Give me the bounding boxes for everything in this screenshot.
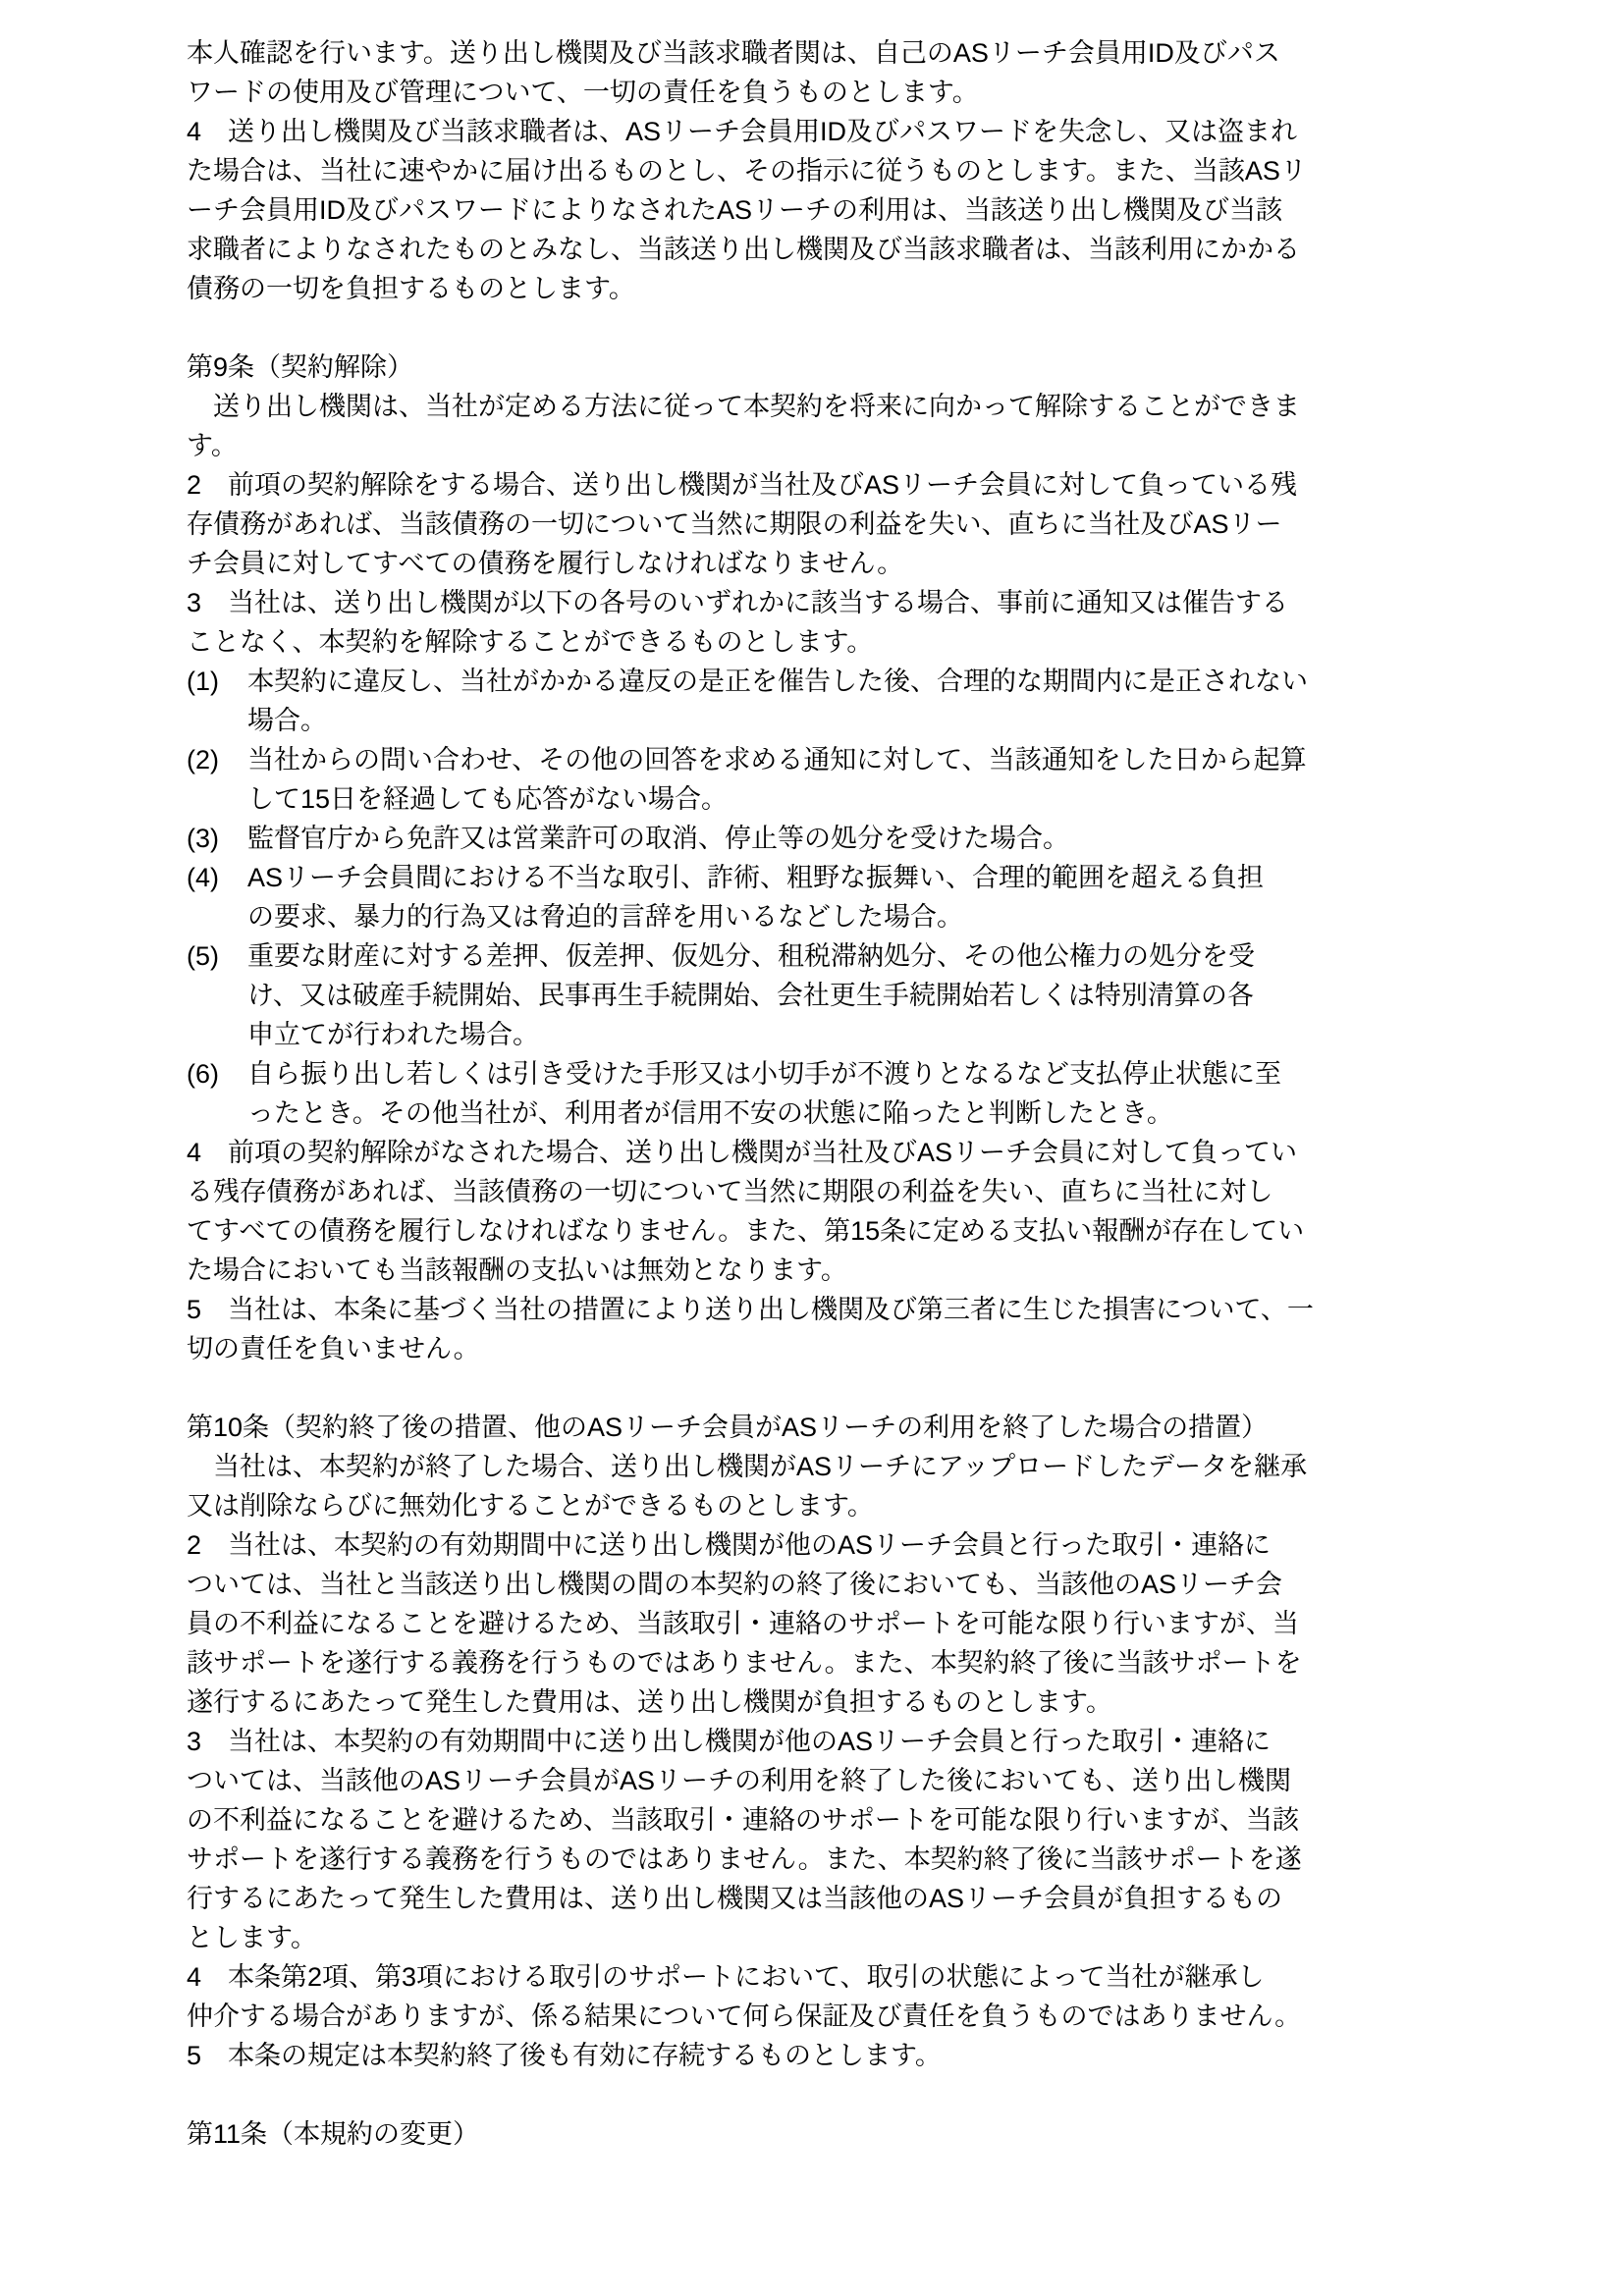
text-line: 該サポートを遂行する義務を行うものではありません。また、本契約終了後に当該サポー…	[187, 1643, 1496, 1682]
text-line: とします。	[187, 1918, 1496, 1957]
paragraph: 3 当社は、送り出し機関が以下の各号のいずれかに該当する場合、事前に通知又は催告…	[187, 583, 1496, 662]
list-item: (6)自ら振り出し若しくは引き受けた手形又は小切手が不渡りとなるなど支払停止状態…	[187, 1054, 1496, 1133]
paragraph: 本人確認を行います。送り出し機関及び当該求職者関は、自己のASリーチ会員用ID及…	[187, 33, 1496, 308]
list-item-text: 監督官庁から免許又は営業許可の取消、停止等の処分を受けた場合。	[247, 819, 1496, 858]
text-line: 監督官庁から免許又は営業許可の取消、停止等の処分を受けた場合。	[247, 819, 1496, 858]
paragraph: 5 本条の規定は本契約終了後も有効に存続するものとします。	[187, 2036, 1496, 2075]
text-line: 第9条（契約解除）	[187, 347, 1496, 387]
list-item: (2)当社からの問い合わせ、その他の回答を求める通知に対して、当該通知をした日か…	[187, 740, 1496, 819]
text-line: 切の責任を負いません。	[187, 1329, 1496, 1368]
text-line: 送り出し機関は、当社が定める方法に従って本契約を将来に向かって解除することができ…	[187, 387, 1496, 426]
text-line: 申立てが行われた場合。	[247, 1015, 1496, 1054]
text-line: サポートを遂行する義務を行うものではありません。また、本契約終了後に当該サポート…	[187, 1840, 1496, 1879]
paragraph: 4 前項の契約解除がなされた場合、送り出し機関が当社及びASリーチ会員に対して負…	[187, 1133, 1496, 1290]
text-line: 4 前項の契約解除がなされた場合、送り出し機関が当社及びASリーチ会員に対して負…	[187, 1133, 1496, 1172]
list-item: (3)監督官庁から免許又は営業許可の取消、停止等の処分を受けた場合。	[187, 819, 1496, 858]
list-item-marker: (6)	[187, 1054, 247, 1133]
list-item: (5)重要な財産に対する差押、仮差押、仮処分、租税滞納処分、その他公権力の処分を…	[187, 936, 1496, 1054]
text-line: 員の不利益になることを避けるため、当該取引・連絡のサポートを可能な限り行いますが…	[187, 1604, 1496, 1643]
text-line: 2 前項の契約解除をする場合、送り出し機関が当社及びASリーチ会員に対して負って…	[187, 465, 1496, 505]
list-item-marker: (2)	[187, 740, 247, 819]
text-line: ついては、当該他のASリーチ会員がASリーチの利用を終了した後においても、送り出…	[187, 1761, 1496, 1800]
paragraph: 4 本条第2項、第3項における取引のサポートにおいて、取引の状態によって当社が継…	[187, 1957, 1496, 2036]
text-line: ことなく、本契約を解除することができるものとします。	[187, 622, 1496, 662]
text-line: け、又は破産手続開始、民事再生手続開始、会社更生手続開始若しくは特別清算の各	[247, 976, 1496, 1015]
text-line: す。	[187, 426, 1496, 465]
text-line: 2 当社は、本契約の有効期間中に送り出し機関が他のASリーチ会員と行った取引・連…	[187, 1525, 1496, 1565]
text-line: た場合は、当社に速やかに届け出るものとし、その指示に従うものとします。また、当該…	[187, 151, 1496, 190]
text-line: 重要な財産に対する差押、仮差押、仮処分、租税滞納処分、その他公権力の処分を受	[247, 936, 1496, 976]
text-line: 存債務があれば、当該債務の一切について当然に期限の利益を失い、直ちに当社及びAS…	[187, 505, 1496, 544]
list-item-marker: (5)	[187, 936, 247, 1054]
text-line: た場合においても当該報酬の支払いは無効となります。	[187, 1251, 1496, 1290]
text-line: チ会員に対してすべての債務を履行しなければなりません。	[187, 544, 1496, 583]
text-line: 当社からの問い合わせ、その他の回答を求める通知に対して、当該通知をした日から起算	[247, 740, 1496, 779]
blank-line	[187, 308, 1496, 347]
paragraph: 2 当社は、本契約の有効期間中に送り出し機関が他のASリーチ会員と行った取引・連…	[187, 1525, 1496, 1722]
blank-line	[187, 2075, 1496, 2114]
text-line: 4 送り出し機関及び当該求職者は、ASリーチ会員用ID及びパスワードを失念し、又…	[187, 112, 1496, 151]
paragraph: 2 前項の契約解除をする場合、送り出し機関が当社及びASリーチ会員に対して負って…	[187, 465, 1496, 583]
article-heading: 第11条（本規約の変更）	[187, 2114, 1496, 2154]
list-item-text: 当社からの問い合わせ、その他の回答を求める通知に対して、当該通知をした日から起算…	[247, 740, 1496, 819]
text-line: 仲介する場合がありますが、係る結果について何ら保証及び責任を負うものではありませ…	[187, 1997, 1496, 2036]
text-line: ーチ会員用ID及びパスワードによりなされたASリーチの利用は、当該送り出し機関及…	[187, 190, 1496, 230]
text-line: 3 当社は、送り出し機関が以下の各号のいずれかに該当する場合、事前に通知又は催告…	[187, 583, 1496, 622]
text-line: 4 本条第2項、第3項における取引のサポートにおいて、取引の状態によって当社が継…	[187, 1957, 1496, 1997]
text-line: ったとき。その他当社が、利用者が信用不安の状態に陥ったと判断したとき。	[247, 1094, 1496, 1133]
list-item: (4)ASリーチ会員間における不当な取引、詐術、粗野な振舞い、合理的範囲を超える…	[187, 858, 1496, 936]
text-line: 5 本条の規定は本契約終了後も有効に存続するものとします。	[187, 2036, 1496, 2075]
text-line: 債務の一切を負担するものとします。	[187, 269, 1496, 308]
list-item: (1)本契約に違反し、当社がかかる違反の是正を催告した後、合理的な期間内に是正さ…	[187, 662, 1496, 740]
text-line: 当社は、本契約が終了した場合、送り出し機関がASリーチにアップロードしたデータを…	[187, 1447, 1496, 1486]
list-item-marker: (1)	[187, 662, 247, 740]
text-line: ついては、当社と当該送り出し機関の間の本契約の終了後においても、当該他のASリー…	[187, 1565, 1496, 1604]
list-item-text: 自ら振り出し若しくは引き受けた手形又は小切手が不渡りとなるなど支払停止状態に至っ…	[247, 1054, 1496, 1133]
paragraph: 5 当社は、本条に基づく当社の措置により送り出し機関及び第三者に生じた損害につい…	[187, 1290, 1496, 1368]
text-line: ワードの使用及び管理について、一切の責任を負うものとします。	[187, 73, 1496, 112]
paragraph: 3 当社は、本契約の有効期間中に送り出し機関が他のASリーチ会員と行った取引・連…	[187, 1722, 1496, 1957]
text-line: 場合。	[247, 701, 1496, 740]
text-line: てすべての債務を履行しなければなりません。また、第15条に定める支払い報酬が存在…	[187, 1211, 1496, 1251]
text-line: 3 当社は、本契約の有効期間中に送り出し機関が他のASリーチ会員と行った取引・連…	[187, 1722, 1496, 1761]
text-line: 行するにあたって発生した費用は、送り出し機関又は当該他のASリーチ会員が負担する…	[187, 1879, 1496, 1918]
text-line: 又は削除ならびに無効化することができるものとします。	[187, 1486, 1496, 1525]
list-item-marker: (3)	[187, 819, 247, 858]
list-item-text: 重要な財産に対する差押、仮差押、仮処分、租税滞納処分、その他公権力の処分を受け、…	[247, 936, 1496, 1054]
text-line: る残存債務があれば、当該債務の一切について当然に期限の利益を失い、直ちに当社に対…	[187, 1172, 1496, 1211]
text-line: 第11条（本規約の変更）	[187, 2114, 1496, 2154]
list-item-marker: (4)	[187, 858, 247, 936]
article-heading: 第10条（契約終了後の措置、他のASリーチ会員がASリーチの利用を終了した場合の…	[187, 1408, 1496, 1447]
text-line: して15日を経過しても応答がない場合。	[247, 779, 1496, 819]
article-heading: 第9条（契約解除）	[187, 347, 1496, 387]
list-item-text: ASリーチ会員間における不当な取引、詐術、粗野な振舞い、合理的範囲を超える負担の…	[247, 858, 1496, 936]
text-line: ASリーチ会員間における不当な取引、詐術、粗野な振舞い、合理的範囲を超える負担	[247, 858, 1496, 897]
text-line: の要求、暴力的行為又は脅迫的言辞を用いるなどした場合。	[247, 897, 1496, 936]
text-line: 求職者によりなされたものとみなし、当該送り出し機関及び当該求職者は、当該利用にか…	[187, 230, 1496, 269]
list-item-text: 本契約に違反し、当社がかかる違反の是正を催告した後、合理的な期間内に是正されない…	[247, 662, 1496, 740]
text-line: 本契約に違反し、当社がかかる違反の是正を催告した後、合理的な期間内に是正されない	[247, 662, 1496, 701]
paragraph: 当社は、本契約が終了した場合、送り出し機関がASリーチにアップロードしたデータを…	[187, 1447, 1496, 1525]
blank-line	[187, 1368, 1496, 1408]
text-line: 遂行するにあたって発生した費用は、送り出し機関が負担するものとします。	[187, 1682, 1496, 1722]
text-line: 5 当社は、本条に基づく当社の措置により送り出し機関及び第三者に生じた損害につい…	[187, 1290, 1496, 1329]
text-line: 自ら振り出し若しくは引き受けた手形又は小切手が不渡りとなるなど支払停止状態に至	[247, 1054, 1496, 1094]
document-page: 本人確認を行います。送り出し機関及び当該求職者関は、自己のASリーチ会員用ID及…	[0, 0, 1624, 2296]
text-line: の不利益になることを避けるため、当該取引・連絡のサポートを可能な限り行いますが、…	[187, 1800, 1496, 1840]
text-line: 第10条（契約終了後の措置、他のASリーチ会員がASリーチの利用を終了した場合の…	[187, 1408, 1496, 1447]
text-line: 本人確認を行います。送り出し機関及び当該求職者関は、自己のASリーチ会員用ID及…	[187, 33, 1496, 73]
paragraph: 送り出し機関は、当社が定める方法に従って本契約を将来に向かって解除することができ…	[187, 387, 1496, 465]
